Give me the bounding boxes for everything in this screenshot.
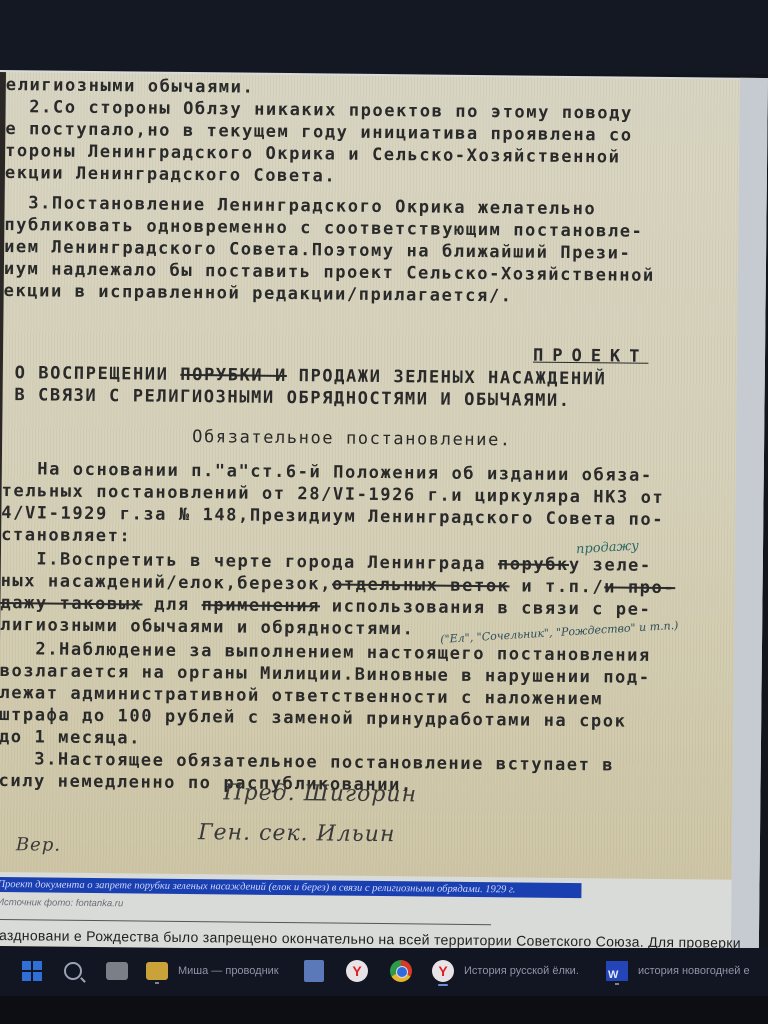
image-caption-selected[interactable]: Проект документа о запрете порубки зелен… [0, 877, 582, 898]
handwritten-margin-note: ("Ел", "Сочельник", "Рождество" и т.п.) [440, 619, 679, 646]
image-source-credit: Источник фото: fontanka.ru [0, 897, 123, 909]
start-button[interactable] [22, 956, 42, 986]
project-label: ПРОЕКТ [533, 346, 649, 367]
taskbar-app-store[interactable] [304, 956, 324, 986]
taskbar-app-label: Миша — проводник [178, 965, 279, 977]
word-icon: W [606, 961, 628, 981]
running-indicator [155, 982, 159, 984]
task-view-icon [106, 962, 128, 980]
doc-line: становляет: [1, 524, 131, 547]
document-scan-image: елигиозными обычаями. 2.Со стороны Облзу… [0, 72, 746, 880]
taskbar-app-yandex-active[interactable]: Y История русской ёлки. [432, 956, 579, 986]
taskbar-app-label: история новогодней е [638, 965, 750, 977]
doc-subheading: Обязательное постановление. [192, 426, 512, 451]
taskbar-app-chrome[interactable] [390, 956, 412, 986]
doc-line: до 1 месяца. [0, 726, 141, 749]
signature-1: Пред. Шигорин [223, 780, 417, 807]
item-text: ных насаждений/елок,березок, [1, 571, 333, 594]
windows-taskbar: Миша — проводник Y Y История русской ёлк… [0, 948, 768, 996]
item-text: у зеле- [569, 555, 652, 576]
heading-text: ПРОДАЖИ ЗЕЛЕНЫХ НАСАЖДЕНИЙ [287, 366, 607, 389]
doc-heading-line-2: В СВЯЗИ С РЕЛИГИОЗНЫМИ ОБРЯДНОСТЯМИ И ОБ… [2, 384, 570, 412]
taskbar-app-yandex[interactable]: Y [346, 956, 368, 986]
taskbar-app-word[interactable]: W история новогодней е [606, 956, 750, 986]
divider [0, 919, 491, 925]
taskbar-app-label: История русской ёлки. [464, 965, 579, 977]
taskbar-app-file-explorer[interactable]: Миша — проводник [146, 956, 279, 986]
active-indicator [438, 984, 448, 986]
windows-start-icon [22, 961, 42, 981]
search-button[interactable] [64, 956, 82, 986]
doc-item-1-line-4: лигиозными обычаями и обрядностями. [0, 614, 414, 640]
struck-text: и про- [604, 577, 675, 598]
item-text: и т.п./ [509, 576, 604, 597]
yandex-browser-icon: Y [346, 960, 368, 982]
yandex-browser-icon: Y [432, 960, 454, 982]
monitor-bezel-bottom [0, 996, 768, 1024]
item-text: для [142, 595, 201, 616]
signature-2: Ген. сек. Ильин [198, 820, 396, 847]
struck-text: ПОРУБКИ И [180, 365, 287, 386]
struck-text: отдельных веток [332, 575, 510, 597]
microsoft-store-icon [304, 960, 324, 982]
file-explorer-icon [146, 962, 168, 980]
struck-text: порубк [498, 554, 569, 575]
running-indicator [615, 983, 619, 985]
image-caption-block: Проект документа о запрете порубки зелен… [0, 875, 732, 953]
task-view-button[interactable] [106, 956, 128, 986]
doc-line: елигиозными обычаями. [6, 74, 255, 99]
struck-text: применения [202, 595, 321, 616]
chrome-icon [390, 960, 412, 982]
doc-line: екции Ленинградского Совета. [5, 162, 337, 187]
initials-signature: Вер. [16, 834, 61, 855]
struck-text: дажу таковых [0, 593, 142, 614]
item-text: использования в связи с ре- [320, 596, 652, 619]
heading-text: О ВОСПРЕЩЕНИИ [3, 363, 181, 385]
monitor-bezel-top [0, 0, 768, 74]
search-icon [64, 962, 82, 980]
browser-screen: елигиозными обычаями. 2.Со стороны Облзу… [0, 70, 768, 954]
doc-line: екции в исправленной редакции/прилагаетс… [4, 280, 513, 307]
